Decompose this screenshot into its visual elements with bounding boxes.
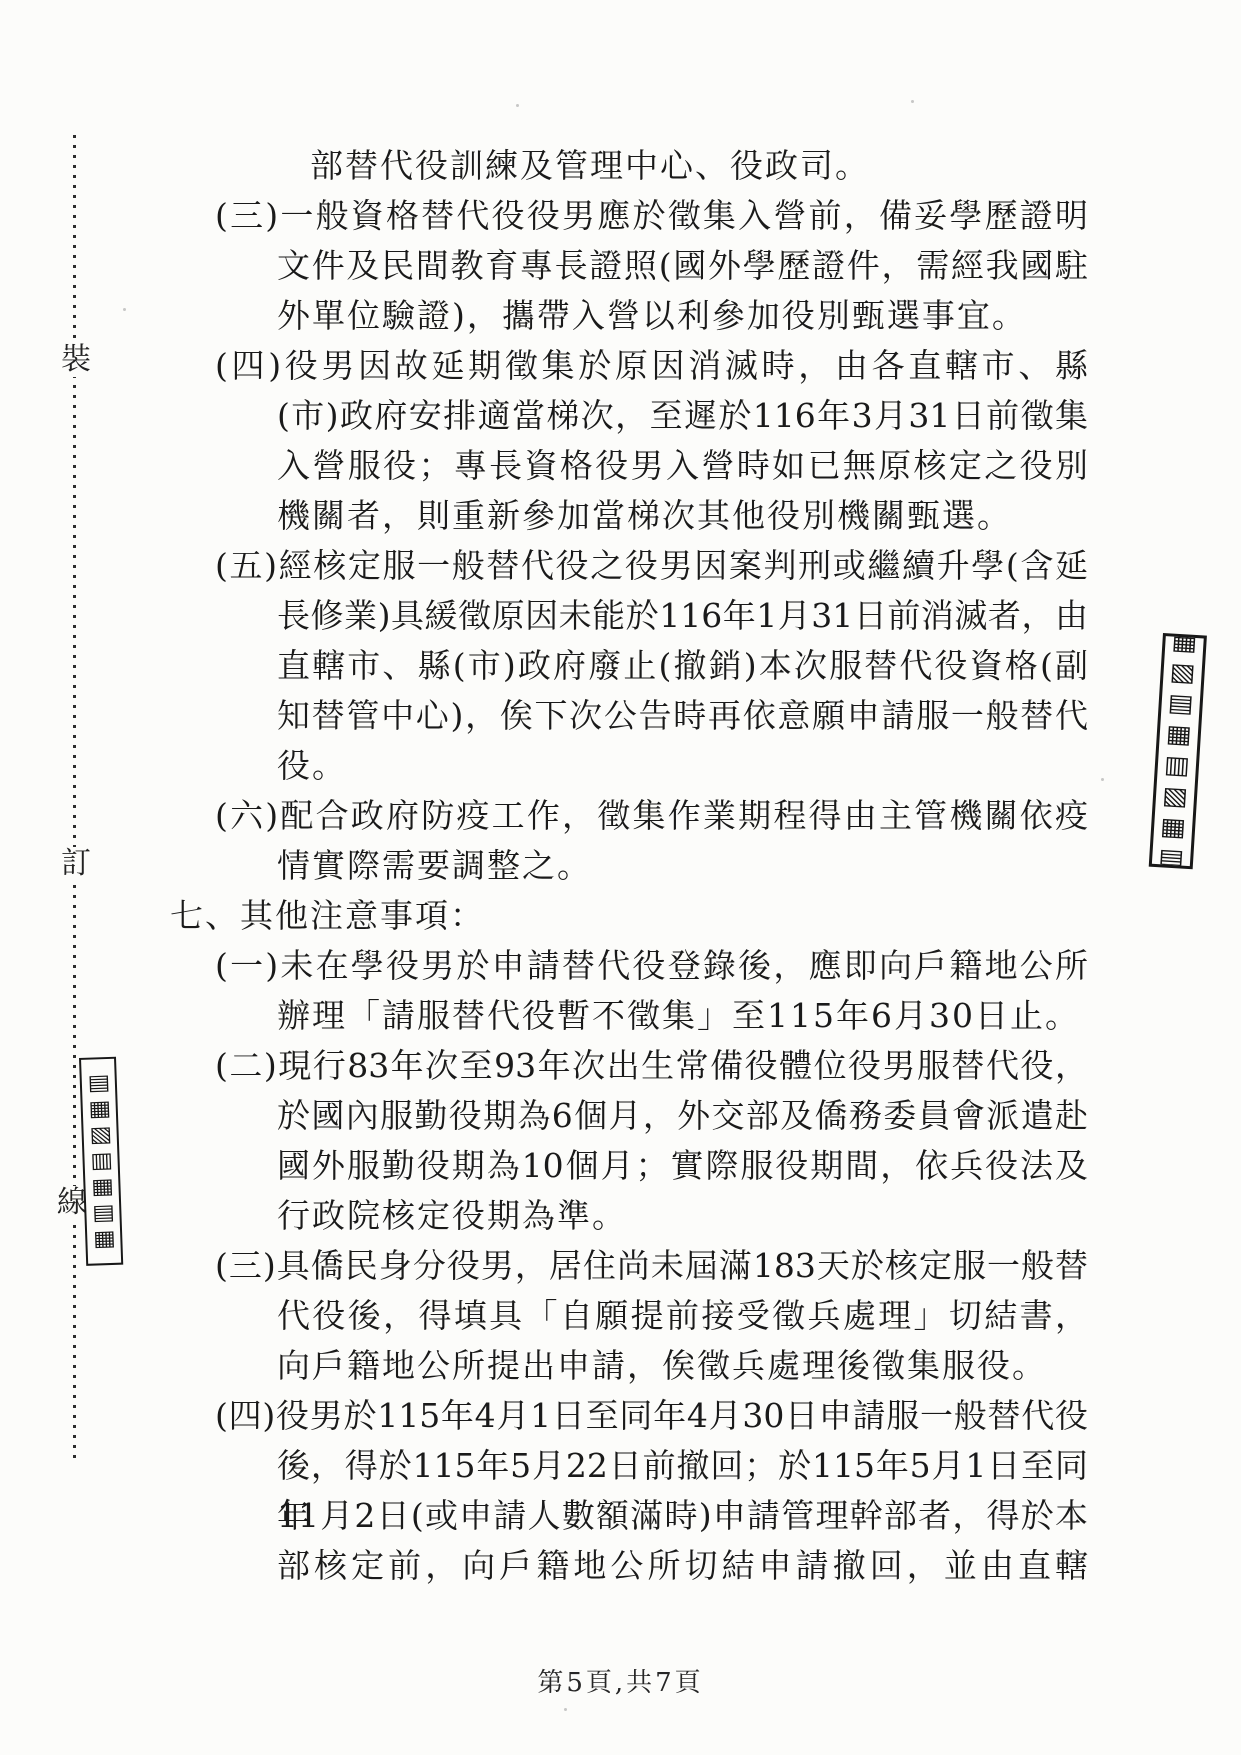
seal-stamp-left: ▤▦▧▥▦▤▦ (79, 1057, 123, 1266)
seal-stamp-right: ▦▧▤▦▥▧▦▤ (1149, 633, 1207, 869)
body-line: 向戶籍地公所提出申請，俟徵兵處理後徵集服役。 (277, 1341, 1088, 1391)
body-line: 行政院核定役期為準。 (277, 1191, 1088, 1241)
body-line: 於國內服勤役期為6個月，外交部及僑務委員會派遣赴 (277, 1091, 1088, 1141)
body-line: 文件及民間教育專長證照(國外學歷證件，需經我國駐 (277, 241, 1088, 291)
body-line: 機關者，則重新參加當梯次其他役別機關甄選。 (277, 491, 1088, 541)
body-line: 知替管中心)，俟下次公告時再依意願申請服一般替代 (277, 691, 1088, 741)
body-line: (四)役男於115年4月1日至同年4月30日申請服一般替代役 (215, 1391, 1088, 1441)
body-line: 部核定前，向戶籍地公所切結申請撤回，並由直轄 (277, 1541, 1088, 1591)
scan-speck (1101, 778, 1104, 781)
illegible-seal-glyphs: ▦▧▤▦▥▧▦▤ (1156, 633, 1199, 869)
body-line: 部替代役訓練及管理中心、役政司。 (310, 141, 1088, 191)
binding-dotted-line (73, 135, 76, 1460)
body-line-section-heading: 七、其他注意事項： (170, 891, 1088, 941)
body-line: 後，得於115年5月22日前撤回；於115年5月1日至同年 (277, 1441, 1088, 1491)
body-line: 情實際需要調整之。 (277, 841, 1088, 891)
body-line: 役。 (277, 741, 1088, 791)
body-line: 11月2日(或申請人數額滿時)申請管理幹部者，得於本 (277, 1491, 1088, 1541)
body-line: (市)政府安排適當梯次，至遲於116年3月31日前徵集 (277, 391, 1088, 441)
body-line: (三)具僑民身分役男，居住尚未屆滿183天於核定服一般替 (215, 1241, 1088, 1291)
body-line: (二)現行83年次至93年次出生常備役體位役男服替代役， (215, 1041, 1088, 1091)
scan-speck (516, 104, 519, 107)
body-line: 辦理「請服替代役暫不徵集」至115年6月30日止。 (277, 991, 1088, 1041)
page-number-footer: 第5頁,共7頁 (0, 1662, 1241, 1699)
body-line: 入營服役；專長資格役男入營時如已無原核定之役別 (277, 441, 1088, 491)
scan-speck (564, 1708, 567, 1711)
body-line: (一)未在學役男於申請替代役登錄後，應即向戶籍地公所 (215, 941, 1088, 991)
body-line: (五)經核定服一般替代役之役男因案判刑或繼續升學(含延 (215, 541, 1088, 591)
body-line: 國外服勤役期為10個月；實際服役期間，依兵役法及 (277, 1141, 1088, 1191)
body-line: 長修業)具緩徵原因未能於116年1月31日前消滅者，由 (277, 591, 1088, 641)
body-line: (六)配合政府防疫工作，徵集作業期程得由主管機關依疫 (215, 791, 1088, 841)
binding-label-zhuang: 裝 (58, 343, 94, 377)
scanned-page: 裝 訂 線 ▦▧▤▦▥▧▦▤ ▤▦▧▥▦▤▦ 部替代役訓練及管理中心、役政司。 … (0, 0, 1241, 1755)
body-line: 代役後，得填具「自願提前接受徵兵處理」切結書， (277, 1291, 1088, 1341)
body-line: 外單位驗證)，攜帶入營以利參加役別甄選事宜。 (277, 291, 1088, 341)
body-line: (四)役男因故延期徵集於原因消滅時，由各直轄市、縣 (215, 341, 1088, 391)
scan-speck (911, 100, 914, 103)
illegible-seal-glyphs: ▤▦▧▥▦▤▦ (86, 1070, 116, 1253)
binding-label-ding: 訂 (58, 847, 94, 881)
body-line: (三)一般資格替代役役男應於徵集入營前，備妥學歷證明 (215, 191, 1088, 241)
body-line: 直轄市、縣(市)政府廢止(撤銷)本次服替代役資格(副 (277, 641, 1088, 691)
scan-speck (123, 308, 126, 311)
